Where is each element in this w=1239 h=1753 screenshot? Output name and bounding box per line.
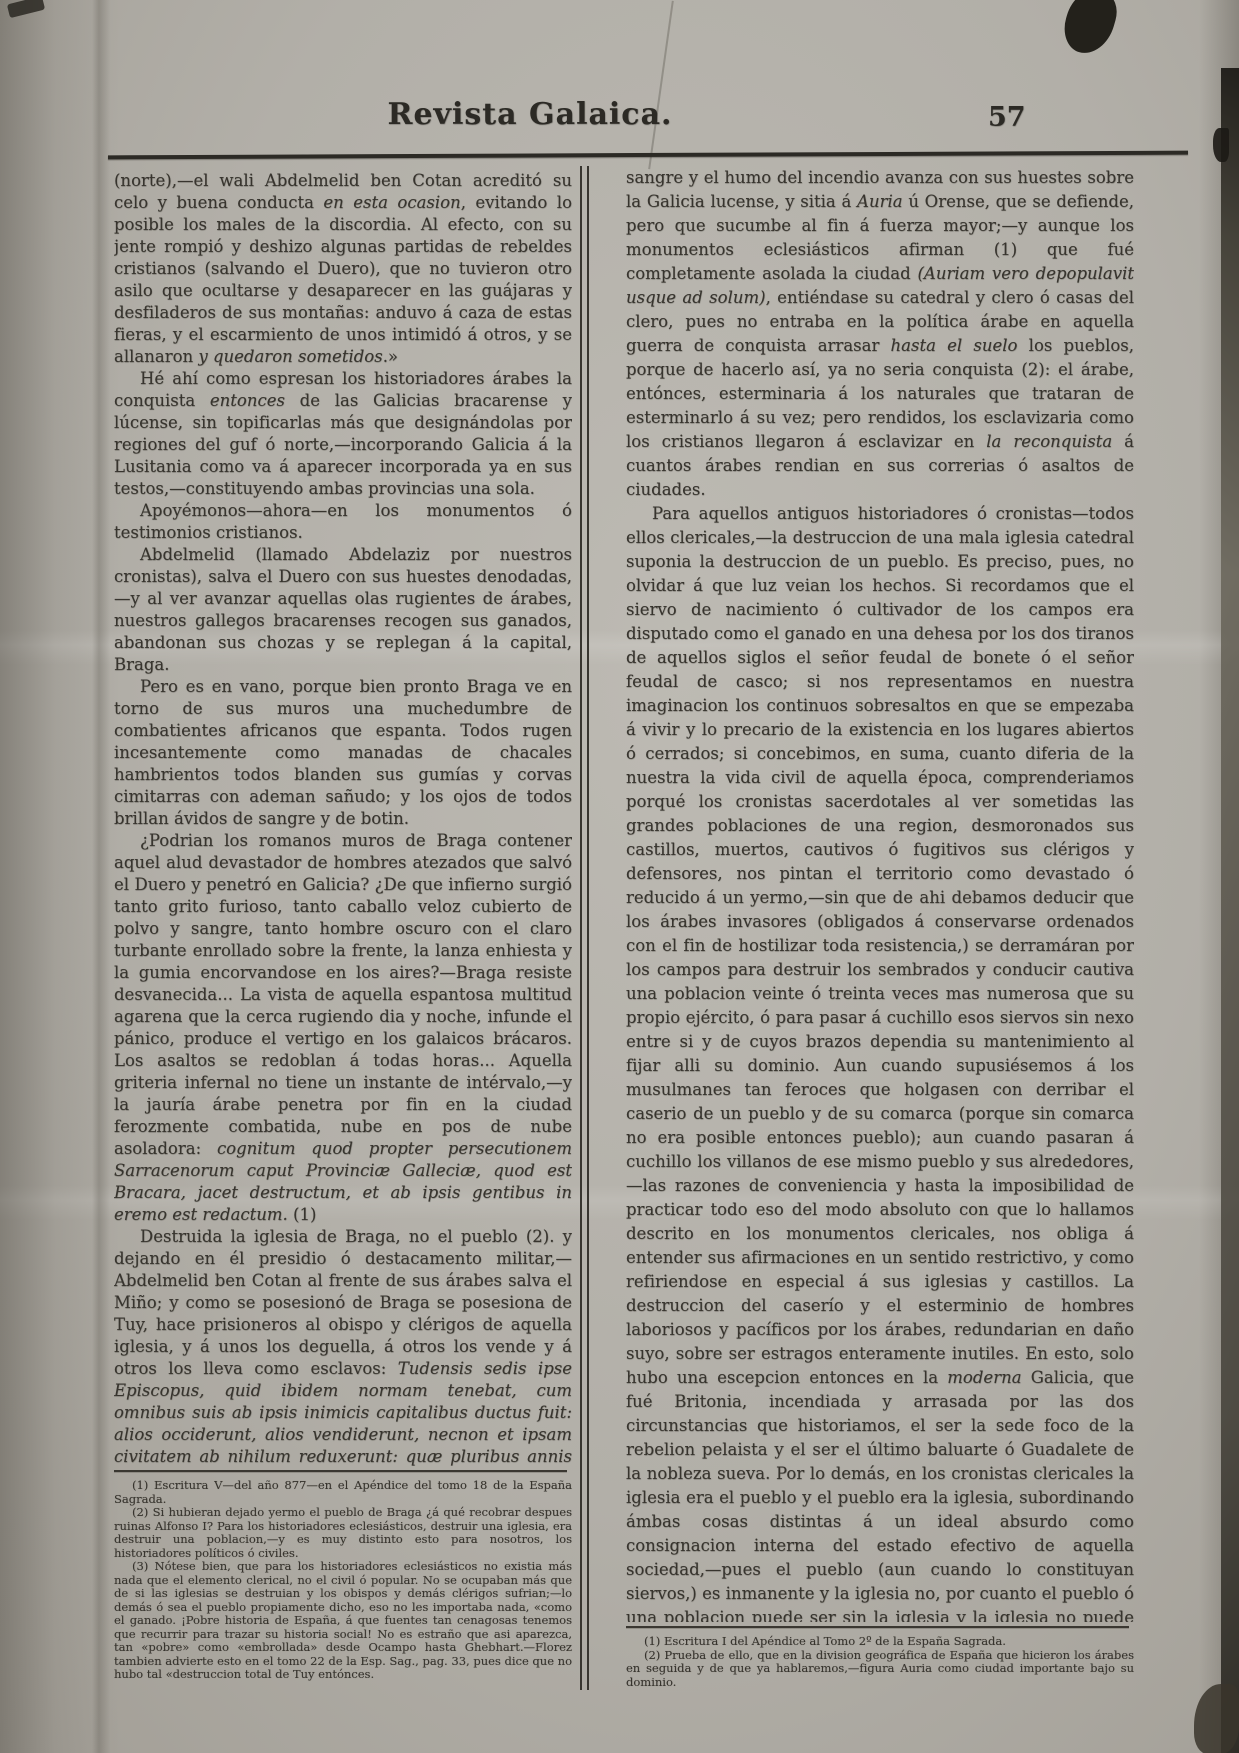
scan-edge-notch xyxy=(1213,128,1229,162)
column-left-body: (norte),—el wali Abdelmelid ben Cotan ac… xyxy=(114,170,572,1466)
footnote: (2) Prueba de ello, que en la division g… xyxy=(626,1649,1134,1690)
footnote: (1) Escritura V—del año 877—en el Apéndi… xyxy=(114,1479,572,1506)
smudge-bottom-right xyxy=(1194,1684,1239,1753)
paragraph: ¿Podrian los romanos muros de Braga cont… xyxy=(114,830,572,1226)
column-right-body: sangre y el humo del incendio avanza con… xyxy=(626,166,1134,1622)
journal-title: Revista Galaica. xyxy=(320,97,740,132)
footnote: (3) Nótese bien, que para los historiado… xyxy=(114,1560,572,1682)
paragraph: Abdelmelid (llamado Abdelaziz por nuestr… xyxy=(114,544,572,676)
paper-crease xyxy=(648,1,674,170)
footnote-rule-right xyxy=(626,1626,1129,1628)
paragraph: Para aquellos antiguos historiadores ó c… xyxy=(626,502,1134,1622)
page-number: 57 xyxy=(988,102,1026,133)
paragraph: Pero es en vano, porque bien pronto Brag… xyxy=(114,676,572,830)
text-column-left: (norte),—el wali Abdelmelid ben Cotan ac… xyxy=(114,170,572,1682)
ink-mark-top-left xyxy=(7,0,45,18)
footnote: (2) Si hubieran dejado yermo el pueblo d… xyxy=(114,1506,572,1560)
header-rule xyxy=(108,151,1188,160)
scanned-journal-page: Revista Galaica. 57 (norte),—el wali Abd… xyxy=(0,0,1239,1753)
footnote-rule-left xyxy=(114,1470,567,1472)
ink-blot-top-right xyxy=(1058,0,1122,59)
paragraph: Apoyémonos—ahora—en los monumentos ó tes… xyxy=(114,500,572,544)
paragraph: Destruida la iglesia de Braga, no el pue… xyxy=(114,1226,572,1466)
column-divider-rule xyxy=(580,166,589,1690)
paragraph: (norte),—el wali Abdelmelid ben Cotan ac… xyxy=(114,170,572,368)
footnote: (1) Escritura I del Apéndice al Tomo 2º … xyxy=(626,1635,1134,1649)
column-right-footnotes: (1) Escritura I del Apéndice al Tomo 2º … xyxy=(626,1635,1134,1689)
paragraph: sangre y el humo del incendio avanza con… xyxy=(626,166,1134,502)
scan-edge-shadow-right xyxy=(1221,68,1239,1753)
paragraph: Hé ahí como espresan los historiadores á… xyxy=(114,368,572,500)
column-left-footnotes: (1) Escritura V—del año 877—en el Apéndi… xyxy=(114,1479,572,1682)
text-column-right: sangre y el humo del incendio avanza con… xyxy=(626,166,1134,1689)
